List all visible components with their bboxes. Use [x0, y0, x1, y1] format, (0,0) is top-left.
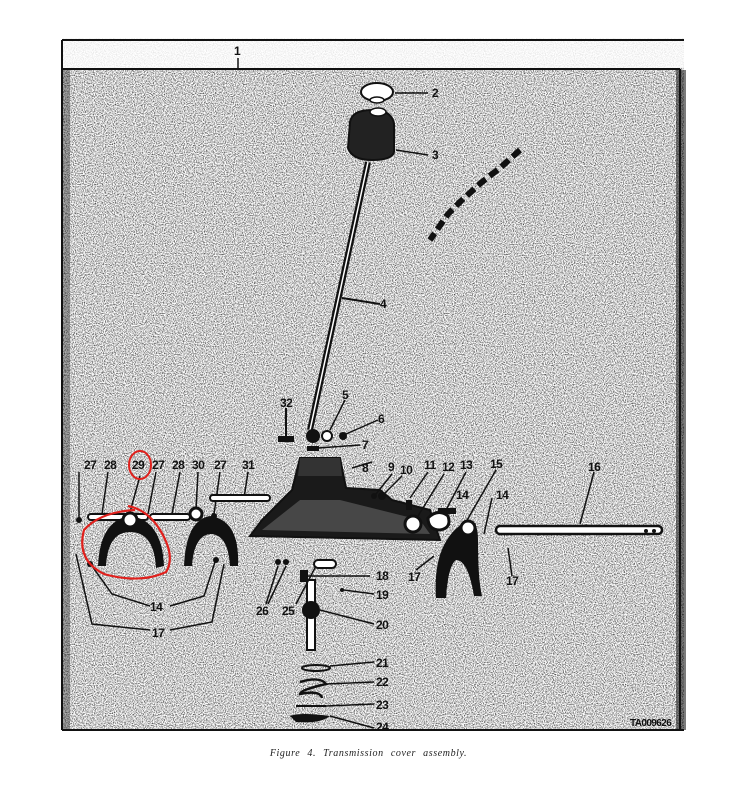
callout-31: 31 [242, 458, 254, 472]
callout-21: 21 [376, 656, 388, 670]
callout-12: 12 [442, 460, 454, 474]
callout-5: 5 [342, 388, 348, 402]
callout-15: 15 [490, 457, 502, 471]
callout-17-left: 17 [408, 570, 420, 584]
callout-18: 18 [376, 569, 388, 583]
callout-17-lower: 17 [152, 626, 164, 640]
callout-14-lower: 14 [150, 600, 162, 614]
callout-22: 22 [376, 675, 388, 689]
callout-20: 20 [376, 618, 388, 632]
callout-7: 7 [362, 438, 368, 452]
figure-caption: Figure 4. Transmission cover assembly. [0, 748, 737, 759]
callout-14-right: 14 [496, 488, 508, 502]
callout-19: 19 [376, 588, 388, 602]
callout-24: 24 [376, 720, 388, 734]
callout-27-b: 27 [152, 458, 164, 472]
callout-26: 26 [256, 604, 268, 618]
callout-27-c: 27 [214, 458, 226, 472]
callout-27-a: 27 [84, 458, 96, 472]
callout-32: 32 [280, 396, 292, 410]
drawing-id: TA009626 [630, 718, 671, 729]
callout-28-a: 28 [104, 458, 116, 472]
callout-30: 30 [192, 458, 204, 472]
callout-9: 9 [388, 460, 394, 474]
callout-11: 11 [424, 458, 436, 472]
callout-1: 1 [234, 44, 240, 58]
callout-14-upper: 14 [456, 488, 468, 502]
callout-28-b: 28 [172, 458, 184, 472]
transmission-cover-figure: 1 2 3 4 5 6 7 8 9 10 11 12 13 14 14 14 1… [0, 0, 737, 804]
callout-4: 4 [380, 297, 386, 311]
callout-13: 13 [460, 458, 472, 472]
callout-17-right: 17 [506, 574, 518, 588]
callout-2: 2 [432, 86, 438, 100]
exploded-view-drawing [0, 0, 737, 804]
callout-6: 6 [378, 412, 384, 426]
callout-16: 16 [588, 460, 600, 474]
callout-8: 8 [362, 461, 368, 475]
callout-25: 25 [282, 604, 294, 618]
callout-29-highlighted: 29 [132, 458, 144, 472]
callout-3: 3 [432, 148, 438, 162]
callout-23: 23 [376, 698, 388, 712]
callout-10: 10 [400, 463, 412, 477]
